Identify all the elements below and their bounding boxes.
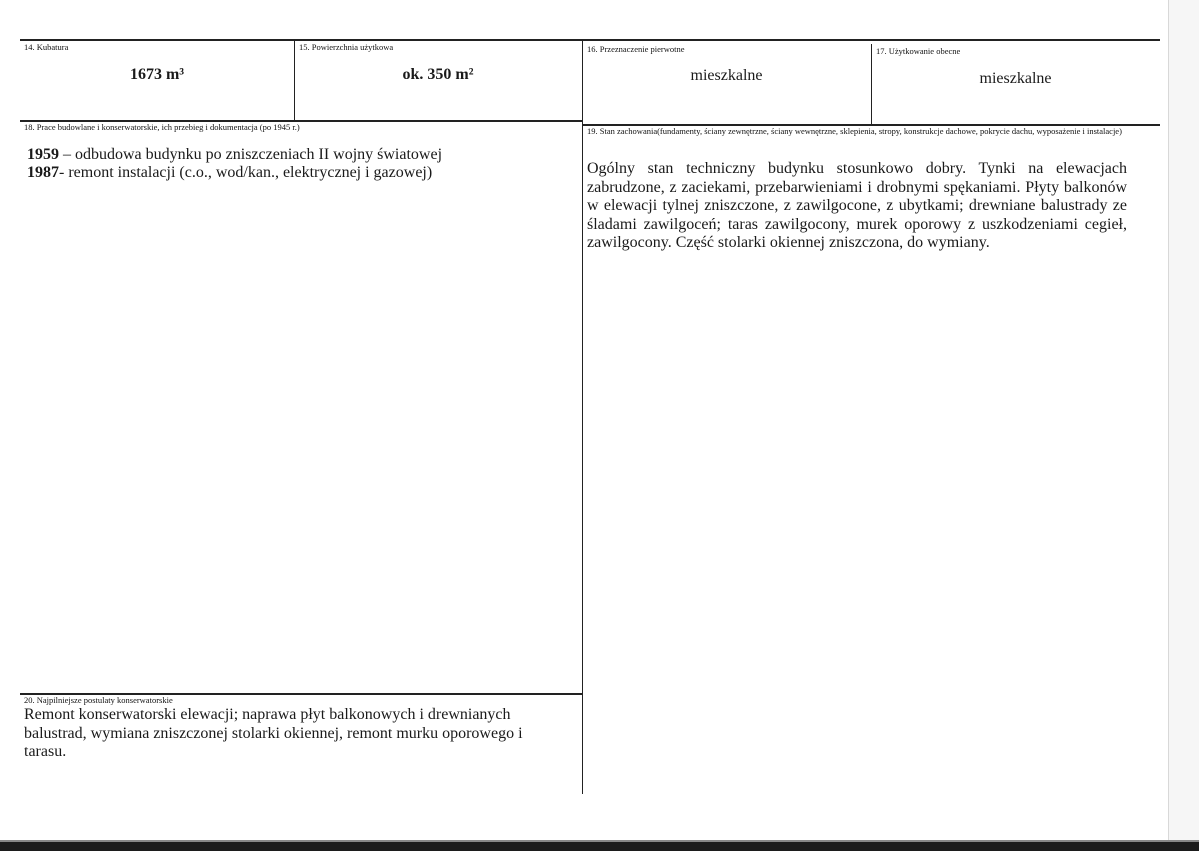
scan-edge <box>1168 0 1199 840</box>
field-16-label: 16. Przeznaczenie pierwotne <box>587 44 684 54</box>
entry-year: 1987 <box>27 164 59 181</box>
field-17-label: 17. Użytkowanie obecne <box>876 46 960 56</box>
entry-text: - remont instalacji (c.o., wod/kan., ele… <box>59 164 432 181</box>
row1-top-border <box>20 39 1160 41</box>
field-14-value: 1673 m³ <box>20 66 294 84</box>
scan-bottom-edge <box>0 840 1199 851</box>
field-17-value: mieszkalne <box>871 70 1160 88</box>
field-19-label: 19. Stan zachowania(fundamenty, ściany z… <box>587 126 1132 136</box>
field-18-entry-1: 1959 – odbudowa budynku po zniszczeniach… <box>27 146 442 164</box>
entry-text: – odbudowa budynku po zniszczeniach II w… <box>59 146 442 163</box>
field-20-label: 20. Najpilniejsze postulaty konserwators… <box>24 695 173 705</box>
field-14-label: 14. Kubatura <box>24 42 68 52</box>
entry-year: 1959 <box>27 146 59 163</box>
field-16-value: mieszkalne <box>582 67 871 85</box>
field-20-text: Remont konserwatorski elewacji; naprawa … <box>24 706 564 762</box>
field-18-entry-2: 1987- remont instalacji (c.o., wod/kan.,… <box>27 164 432 182</box>
field-15-value: ok. 350 m² <box>294 66 582 84</box>
divider-15-16 <box>582 39 583 794</box>
field-19-text: Ogólny stan techniczny budynku stosunkow… <box>587 160 1127 253</box>
field-15-label: 15. Powierzchnia użytkowa <box>299 42 393 52</box>
field-18-label: 18. Prace budowlane i konserwatorskie, i… <box>24 122 300 132</box>
form-page: 14. Kubatura 1673 m³ 15. Powierzchnia uż… <box>0 0 1168 840</box>
